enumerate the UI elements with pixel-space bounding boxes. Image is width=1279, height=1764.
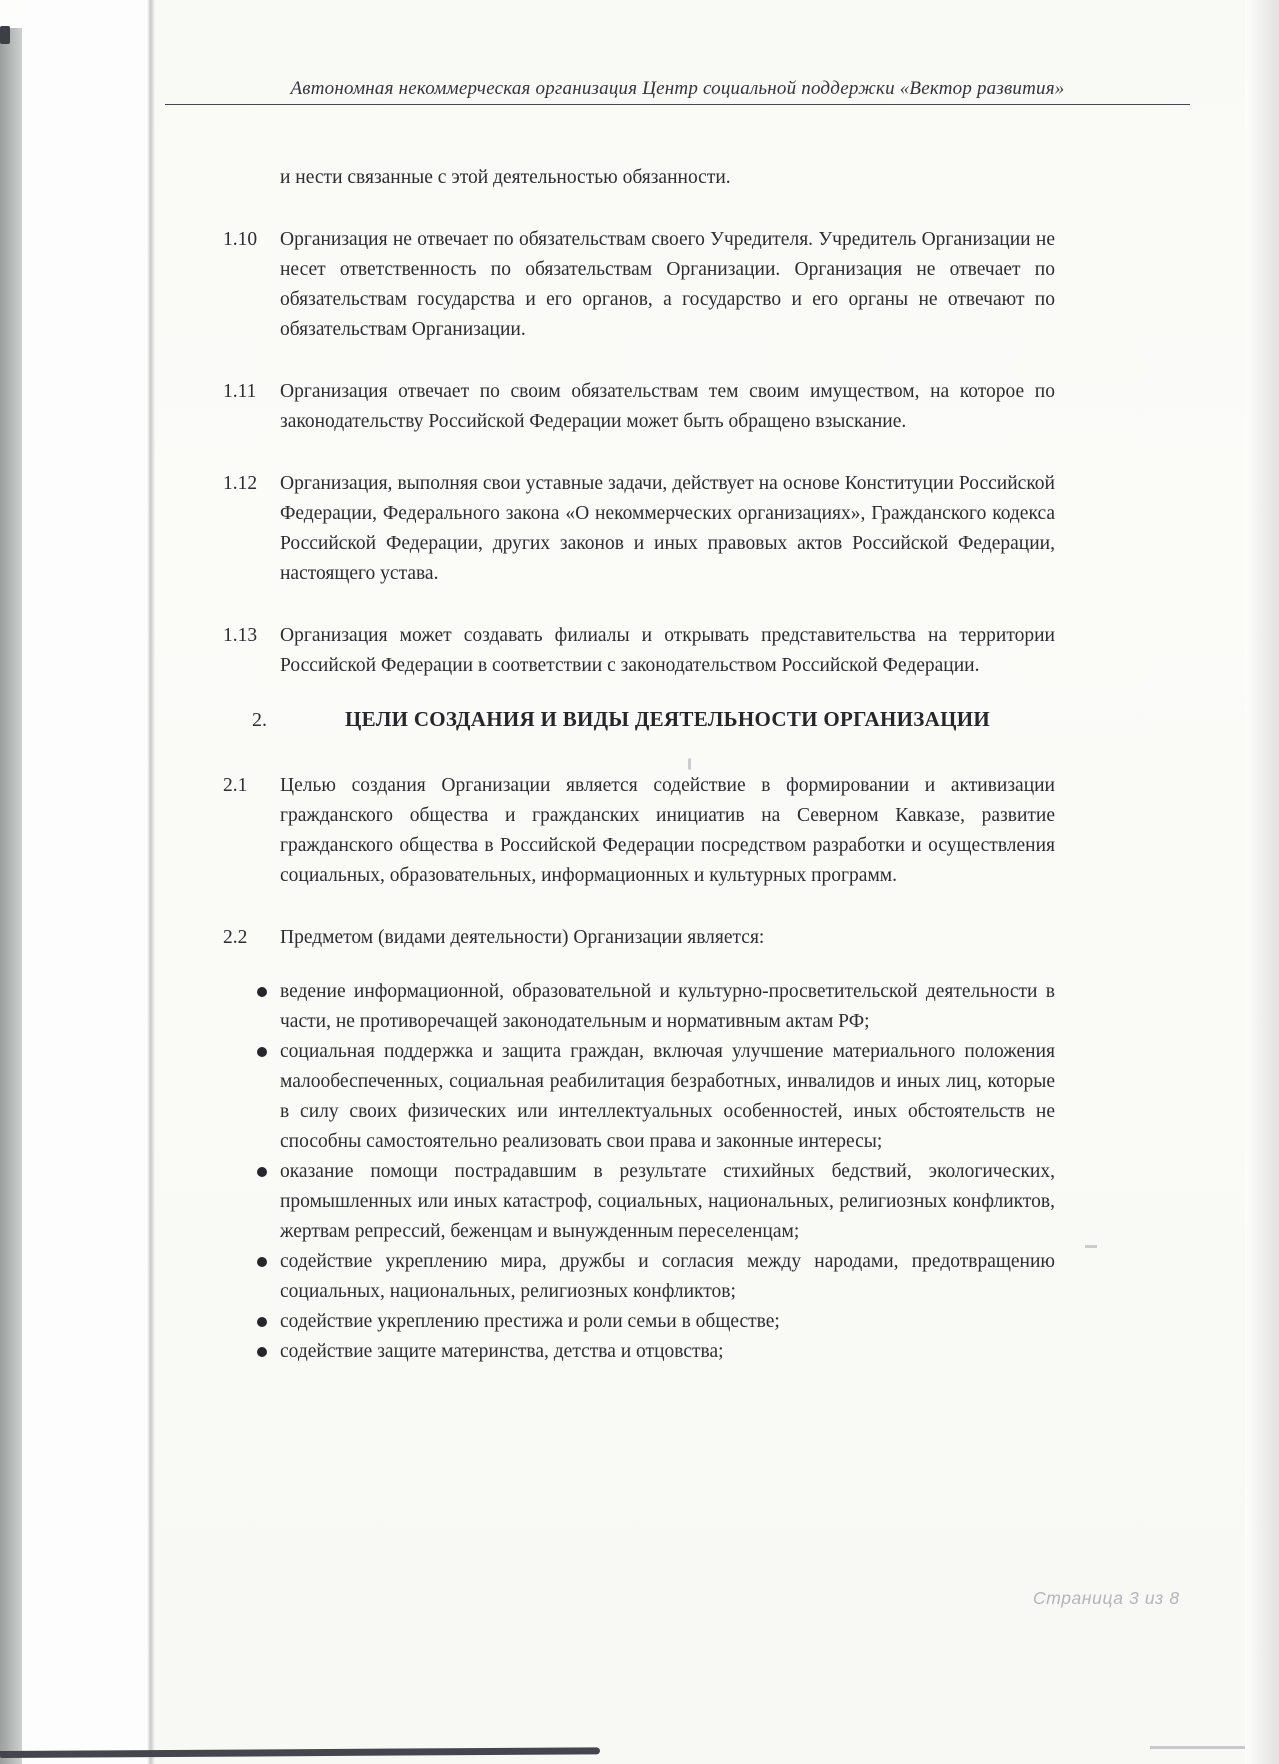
list-item: социальная поддержка и защита граждан, в… [280,1037,1055,1157]
clause-text: Организация отвечает по своим обязательс… [280,377,1055,437]
list-item-text: содействие укреплению престижа и роли се… [280,1307,1055,1337]
list-item-text: ведение информационной, образовательной … [280,977,1055,1037]
clause-number: 2.1 [223,771,247,801]
list-item: оказание помощи пострадавшим в результат… [280,1157,1055,1247]
section-number: 2. [252,709,267,732]
scan-right-edge-shade [1245,0,1279,1764]
bullet-dot-icon [257,1347,267,1357]
list-item-text: содействие укреплению мира, дружбы и сог… [280,1247,1055,1307]
list-item-text: содействие защите материнства, детства и… [280,1337,1055,1367]
clause-2-1: 2.1 Целью создания Организации является … [280,771,1055,891]
page-number-label: Страница 3 из 8 [1033,1588,1180,1609]
bullet-dot-icon [257,987,267,997]
clause-number: 1.11 [223,377,256,407]
activity-list: ведение информационной, образовательной … [280,977,1055,1367]
clause-text: Предметом (видами деятельности) Организа… [280,923,1055,953]
page-fold-shadow [147,0,155,1764]
clause-text: Организация не отвечает по обязательства… [280,225,1055,345]
list-item: содействие укреплению престижа и роли се… [280,1307,1055,1337]
list-item: содействие защите материнства, детства и… [280,1337,1055,1367]
list-item: содействие укреплению мира, дружбы и сог… [280,1247,1055,1307]
clause-text: Организация может создавать филиалы и от… [280,621,1055,681]
clause-number: 1.12 [223,469,257,499]
bullet-dot-icon [257,1167,267,1177]
clause-number: 1.13 [223,621,257,651]
list-item-text: оказание помощи пострадавшим в результат… [280,1157,1055,1247]
bullet-dot-icon [257,1047,267,1057]
scanned-document: Автономная некоммерческая организация Це… [0,0,1279,1764]
scan-left-edge-strip [0,28,22,1764]
clause-1-12: 1.12 Организация, выполняя свои уставные… [280,469,1055,589]
section-2-heading: 2. ЦЕЛИ СОЗДАНИЯ И ВИДЫ ДЕЯТЕЛЬНОСТИ ОРГ… [280,705,1055,739]
header-title: Автономная некоммерческая организация Це… [290,78,1064,99]
clause-number: 2.2 [223,923,247,953]
scan-dash-artifact [1085,1245,1097,1248]
bullet-dot-icon [257,1257,267,1267]
clause-text: Организация, выполняя свои уставные зада… [280,469,1055,589]
section-title: ЦЕЛИ СОЗДАНИЯ И ВИДЫ ДЕЯТЕЛЬНОСТИ ОРГАНИ… [280,705,1055,732]
clause-number: 1.10 [223,225,257,255]
scan-bottom-edge-line-right [1150,1746,1245,1749]
scan-speck-artifact [688,758,691,770]
scan-corner-artifact [0,26,10,44]
clause-2-2: 2.2 Предметом (видами деятельности) Орга… [280,923,1055,953]
bullet-dot-icon [257,1317,267,1327]
list-item: ведение информационной, образовательной … [280,977,1055,1037]
clause-1-11: 1.11 Организация отвечает по своим обяза… [280,377,1055,437]
list-item-text: социальная поддержка и защита граждан, в… [280,1037,1055,1157]
clause-text: Целью создания Организации является соде… [280,771,1055,891]
page-gutter [22,0,148,1764]
intro-line: и нести связанные с этой деятельностью о… [280,163,1055,193]
document-header: Автономная некоммерческая организация Це… [165,78,1190,105]
clause-1-10: 1.10 Организация не отвечает по обязател… [280,225,1055,345]
document-page: Автономная некоммерческая организация Це… [155,0,1245,1764]
clause-1-13: 1.13 Организация может создавать филиалы… [280,621,1055,681]
